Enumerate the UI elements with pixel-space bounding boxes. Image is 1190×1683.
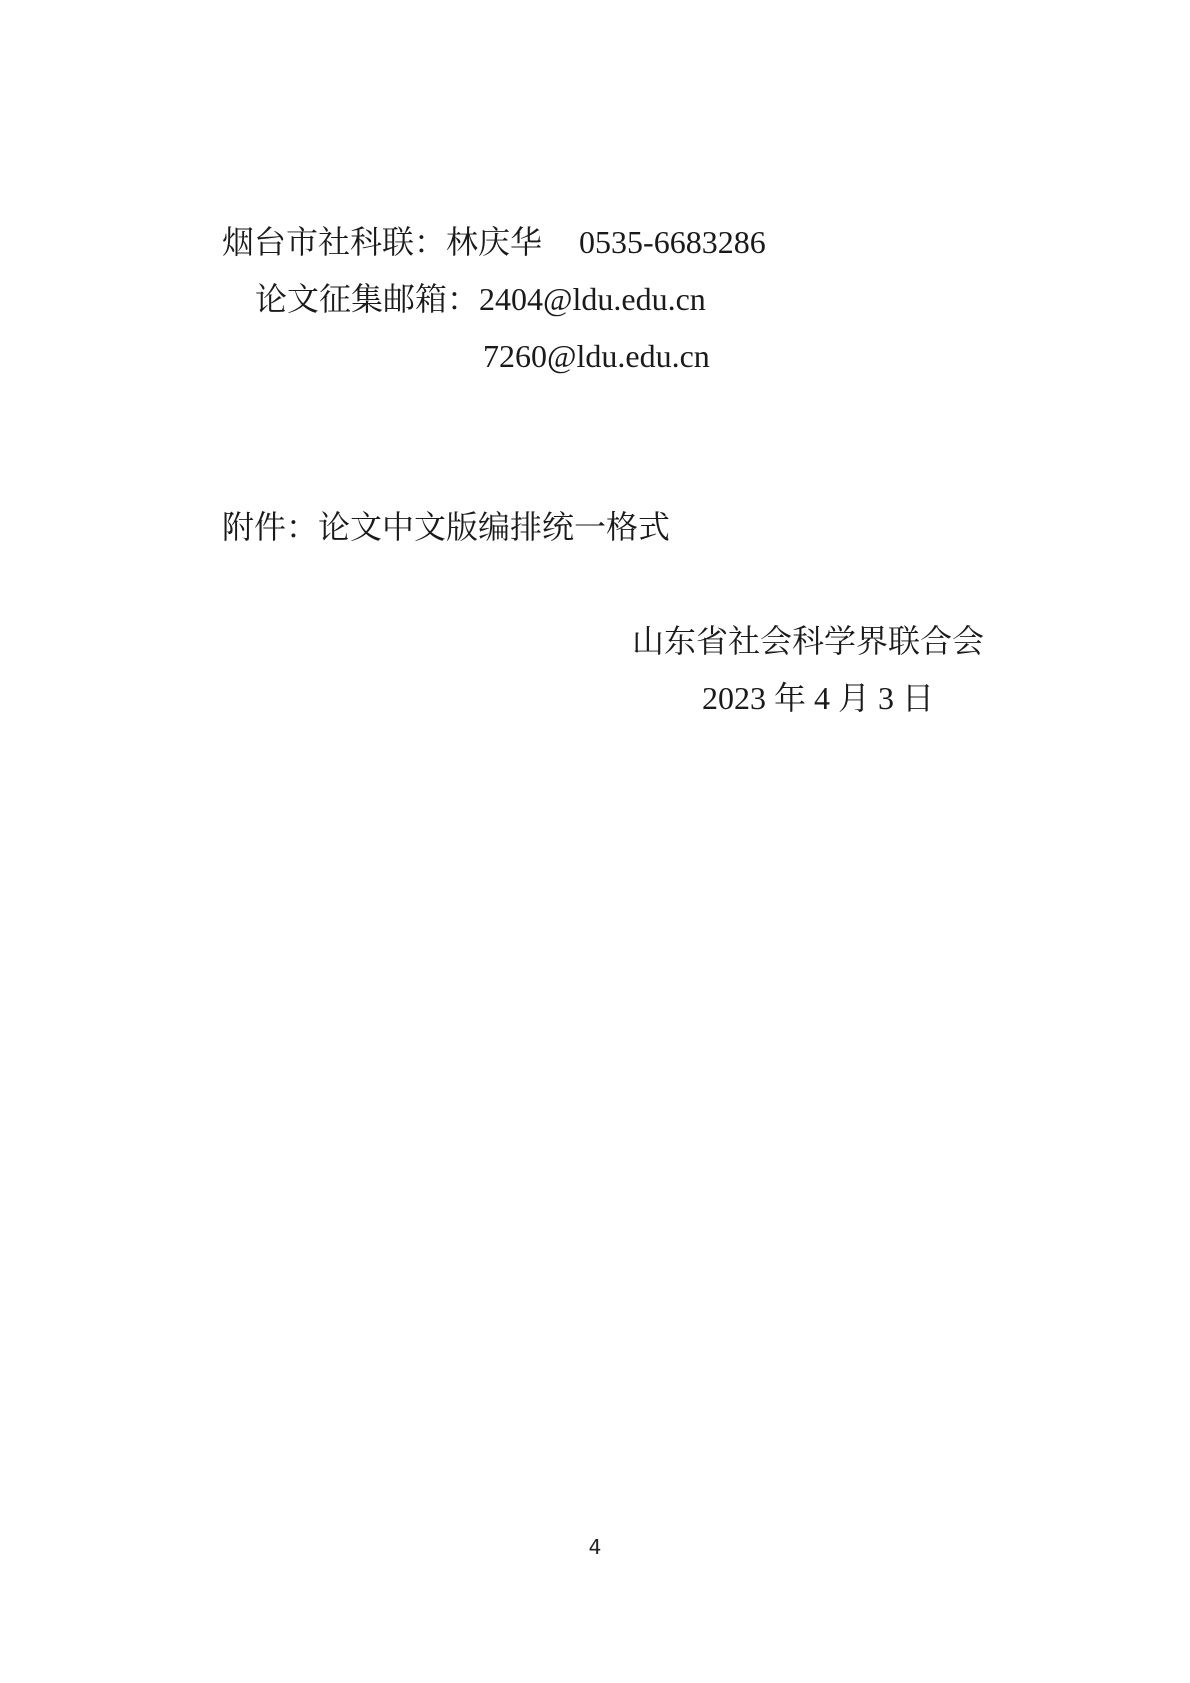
blank-line — [0, 442, 1190, 499]
signature-organization: 山东省社会科学界联合会 — [632, 623, 984, 659]
attachment-title: 论文中文版编排统一格式 — [318, 509, 670, 545]
signature-org-line: 山东省社会科学界联合会 — [0, 613, 1190, 670]
contact-phone: 0535-6683286 — [579, 224, 766, 260]
document-page: 烟台市社科联：林庆华0535-6683286 论文征集邮箱：2404@ldu.e… — [0, 0, 1190, 1683]
contact-name: 林庆华 — [446, 224, 542, 260]
email-line: 论文征集邮箱：2404@ldu.edu.cn — [0, 271, 1190, 328]
blank-line — [0, 385, 1190, 442]
email-address-2: 7260@ldu.edu.cn — [483, 338, 710, 374]
attachment-label: 附件： — [222, 509, 318, 545]
email-label: 论文征集邮箱： — [255, 281, 479, 317]
email-line-2: 7260@ldu.edu.cn — [0, 328, 1190, 385]
page-number: 4 — [0, 1534, 1190, 1560]
attachment-line: 附件：论文中文版编排统一格式 — [0, 499, 1190, 556]
contact-line: 烟台市社科联：林庆华0535-6683286 — [0, 214, 1190, 271]
signature-date: 2023 年 4 月 3 日 — [702, 680, 934, 716]
contact-label: 烟台市社科联： — [222, 224, 446, 260]
signature-date-line: 2023 年 4 月 3 日 — [0, 670, 1190, 727]
document-body: 烟台市社科联：林庆华0535-6683286 论文征集邮箱：2404@ldu.e… — [0, 214, 1190, 727]
email-address: 2404@ldu.edu.cn — [479, 281, 706, 317]
blank-line — [0, 556, 1190, 613]
